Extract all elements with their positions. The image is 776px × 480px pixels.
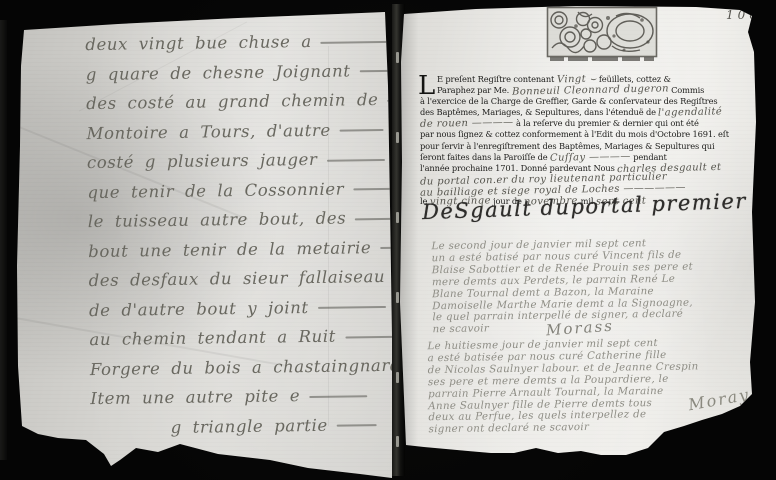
- line-filler-stroke: [321, 40, 391, 43]
- handwritten-line: que tenir de la Cossonnier: [87, 173, 389, 207]
- line-filler-stroke: [326, 158, 384, 161]
- folio-number: 100: [726, 8, 761, 22]
- handwritten-text: au chemin tendant a Ruit: [89, 327, 336, 349]
- paraph-flourish: Morass: [545, 317, 614, 340]
- printed-text: Commis: [669, 85, 705, 95]
- handwritten-text: deux vingt bue chuse a: [85, 32, 312, 54]
- printed-text: à l'exercice de la Charge de Greffier, G…: [420, 96, 717, 106]
- printed-line: de rouen ———— à la reſerve du premier & …: [420, 118, 746, 129]
- underlying-leaf-edge: [0, 20, 7, 460]
- line-filler-stroke: [337, 424, 377, 427]
- handwritten-line: Item une autre pite e: [90, 380, 392, 414]
- printed-text: pour ſervir à l'enregiſtrement des Baptê…: [420, 141, 714, 151]
- handwritten-insertion: l'agendalité: [658, 107, 722, 119]
- handwritten-line: Montoire a Tours, d'autre: [86, 114, 388, 148]
- baptism-entry-2: Le huitiesme jour de janvier mil sept ce…: [427, 337, 744, 437]
- printed-text: Paraphez par Me.: [437, 85, 512, 95]
- printed-line: E preſent Regiſtre contenant Vingt ⌣ feü…: [420, 74, 746, 85]
- handwritten-text: g quare de chesne Joignant: [86, 61, 351, 84]
- handwritten-line: g triangle partie: [90, 409, 392, 443]
- handwritten-text: des desfaux du sieur fallaiseau: [88, 267, 385, 290]
- handwritten-line: au chemin tendant a Ruit: [89, 321, 391, 355]
- printed-line: des Baptêmes, Mariages, & Sepultures, da…: [420, 107, 746, 118]
- handwritten-text: que tenir de la Cossonnier: [87, 179, 344, 202]
- entry-line: signer ont declaré ne scavoir: [429, 420, 745, 436]
- line-filler-stroke: [309, 395, 367, 398]
- printed-text: l'année prochaine 1701. Donné pardevant …: [420, 163, 617, 173]
- printed-text: pendant: [631, 152, 667, 162]
- printed-line: du portal con.er du roy lieutenant parti…: [420, 174, 746, 185]
- printed-text: ſeront faites dans la Paroiſſe de: [420, 152, 550, 162]
- left-page: deux vingt bue chuse ag quare de chesne …: [8, 6, 396, 478]
- handwritten-text: des costé au grand chemin de: [86, 90, 379, 113]
- handwritten-text: de d'autre bout y joint: [89, 298, 309, 320]
- handwritten-insertion: Cuſſay ————: [550, 151, 631, 164]
- printed-text: des Baptêmes, Mariages, & Sepultures, da…: [420, 107, 658, 117]
- handwritten-line: bout une tenir de la metairie: [88, 232, 390, 266]
- binding-stitch: [396, 372, 399, 383]
- printed-line: ſeront faites dans la Paroiſſe de Cuſſay…: [420, 152, 746, 163]
- handwritten-text: costé g plusieurs jauger: [87, 150, 318, 172]
- handwritten-line: le tuisseau autre bout, des: [88, 203, 390, 237]
- printed-text: E preſent Regiſtre contenant: [437, 74, 557, 84]
- line-filler-stroke: [355, 217, 397, 220]
- printed-register-formula: E preſent Regiſtre contenant Vingt ⌣ feü…: [420, 74, 746, 207]
- binding-stitch: [396, 436, 399, 447]
- handwritten-line: Forgere du bois a chastaingnard: [90, 350, 392, 384]
- handwritten-text: Item une autre pite e: [90, 386, 300, 408]
- handwritten-line: costé g plusieurs jauger: [87, 144, 389, 178]
- printed-text: par nous ſignez & cottez conformement à …: [420, 129, 729, 139]
- line-filler-stroke: [345, 335, 395, 338]
- handwritten-line: des desfaux du sieur fallaiseau: [88, 262, 390, 296]
- handwritten-text: Montoire a Tours, d'autre: [86, 120, 331, 142]
- printed-line: à l'exercice de la Charge de Greffier, G…: [420, 96, 746, 107]
- handwritten-line: des costé au grand chemin de: [86, 85, 388, 119]
- binding-stitch: [396, 132, 399, 143]
- printed-line: pour ſervir à l'enregiſtrement des Baptê…: [420, 141, 746, 152]
- binding-stitch: [396, 212, 399, 223]
- right-page: 100 L E preſent Regiſtre contenant Vingt…: [396, 2, 770, 478]
- manuscript-spread: deux vingt bue chuse ag quare de chesne …: [0, 0, 776, 480]
- handwritten-text: le tuisseau autre bout, des: [88, 209, 347, 232]
- handwritten-text: Forgere du bois a chastaingnard: [90, 355, 401, 378]
- handwritten-line: g quare de chesne Joignant: [86, 55, 388, 89]
- printed-text: feüillets, cottez &: [596, 74, 670, 84]
- handwritten-line: de d'autre bout y joint: [89, 291, 391, 325]
- handwritten-insertion: Vingt ⌣: [557, 74, 597, 86]
- handwritten-text: bout une tenir de la metairie: [88, 238, 371, 261]
- handwritten-line: deux vingt bue chuse a: [85, 26, 387, 60]
- binding-stitch: [396, 52, 399, 63]
- printed-line: par nous ſignez & cottez conformement à …: [420, 129, 746, 140]
- woodcut-headpiece-ornament: [546, 6, 658, 64]
- left-page-handwriting: deux vingt bue chuse ag quare de chesne …: [85, 26, 393, 443]
- line-filler-stroke: [318, 306, 386, 309]
- line-filler-stroke: [340, 129, 384, 132]
- printed-text: à la reſerve du premier & dernier qui on…: [513, 118, 698, 128]
- handwritten-text: g triangle partie: [171, 415, 328, 436]
- printed-line: Paraphez par Me. Bonneuil Cleonnard duge…: [420, 85, 746, 96]
- binding-stitch: [396, 292, 399, 303]
